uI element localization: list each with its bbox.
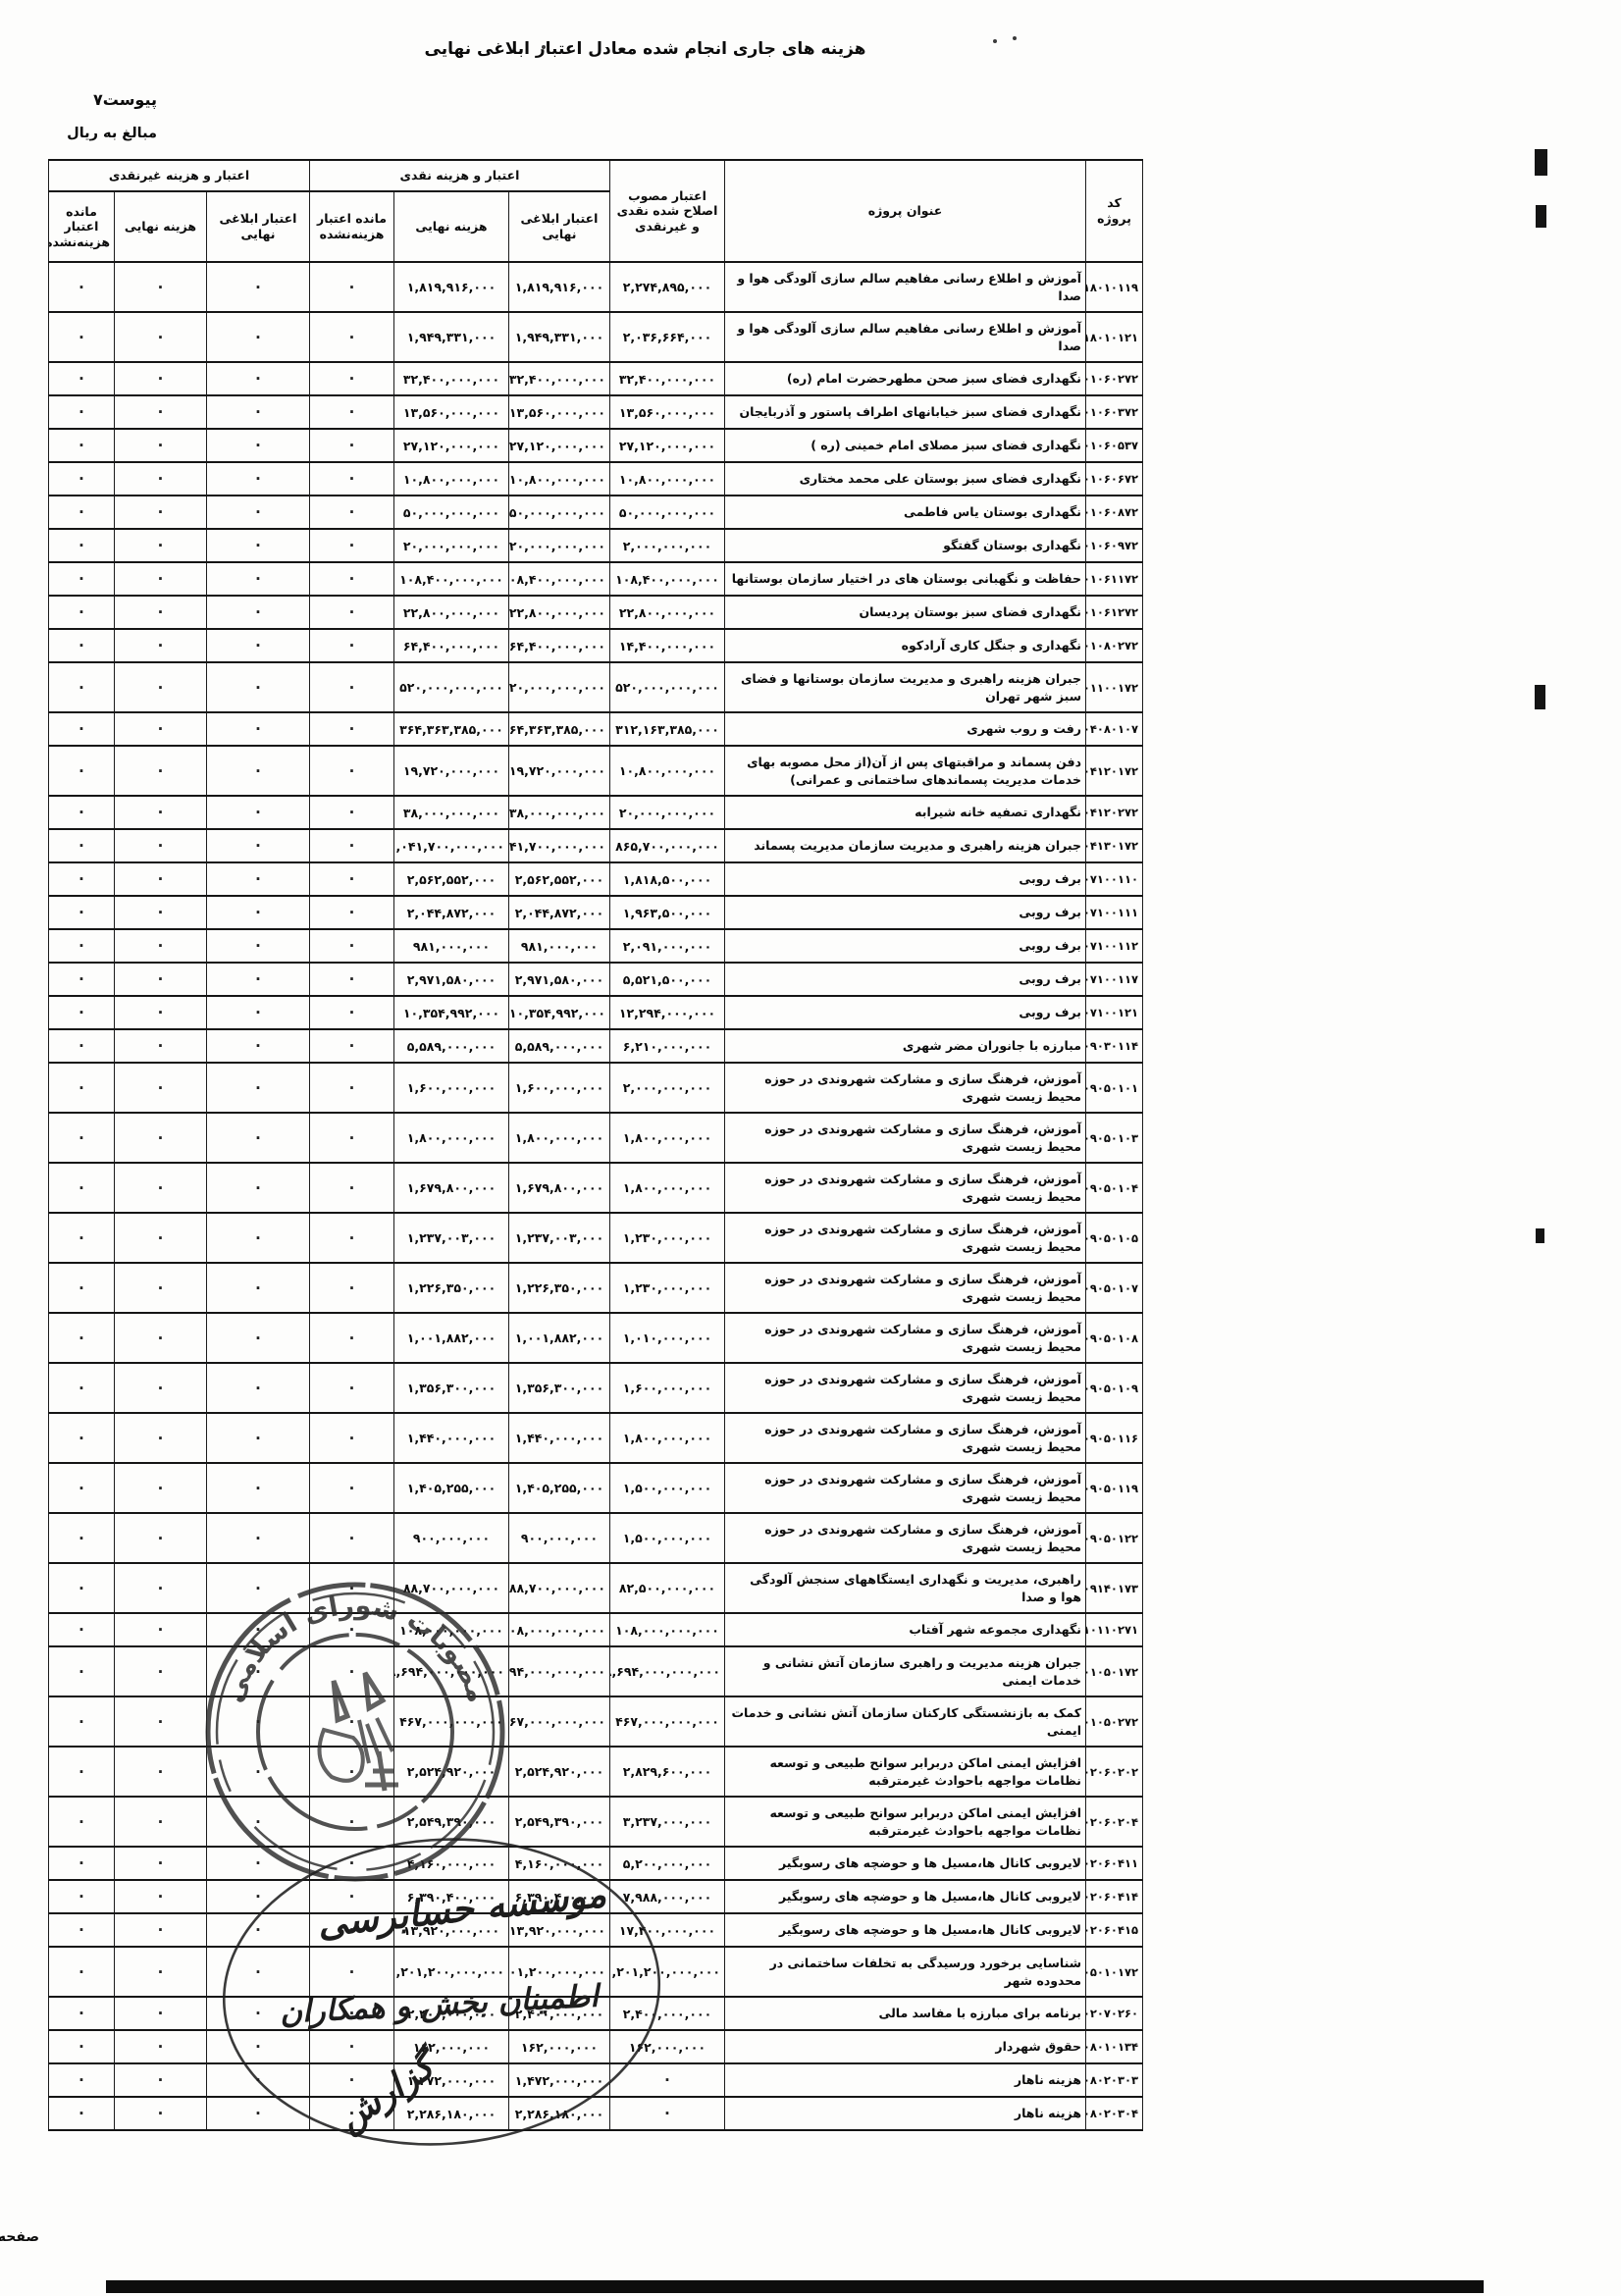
cell-title: آموزش، فرهنگ سازی و مشارکت شهروندی در حو… [725, 1513, 1086, 1563]
amount-value: ۵۲۰,۰۰۰,۰۰۰,۰۰۰ [399, 680, 503, 695]
cell-title: حفاظت و نگهبانی بوستان های در اختیار ساز… [725, 562, 1086, 596]
cell-title: هزینه ناهار [725, 2063, 1086, 2097]
amount-value: ۸,۶۹۴,۰۰۰,۰۰۰,۰۰۰ [509, 1664, 606, 1679]
table-row: ۴۰۲۰۶۰۲۰۲افزایش ایمنی اماکن دربرابر سوان… [49, 1747, 1143, 1797]
amount-value: ۱,۴۰۵,۲۵۵,۰۰۰ [515, 1481, 604, 1495]
cell-noncash_expense: · [115, 1646, 207, 1696]
amount-value: ۱,۸۱۸,۵۰۰,۰۰۰ [623, 872, 712, 887]
cell-cash_balance: · [310, 262, 394, 312]
cell-noncash_expense: · [115, 429, 207, 462]
cell-cash_allocated: ۱,۶۰۰,۰۰۰,۰۰۰ [509, 1063, 610, 1113]
cell-approved: ۱۳,۵۶۰,۰۰۰,۰۰۰ [610, 395, 725, 429]
table-row: ۳۰۹۰۵۰۱۰۴آموزش، فرهنگ سازی و مشارکت شهرو… [49, 1163, 1143, 1213]
cell-cash_balance: · [310, 496, 394, 529]
cell-code: ۶۰۸۰۱۰۱۳۴ [1086, 2030, 1143, 2063]
cell-noncash_balance: · [49, 462, 115, 496]
table-row: ۳۱۰۱۱۰۲۷۱نگهداری مجموعه شهر آفتاب۱۰۸,۰۰۰… [49, 1613, 1143, 1646]
cell-cash_balance: · [310, 1646, 394, 1696]
cell-cash_balance: · [310, 395, 394, 429]
cell-noncash_allocated: · [207, 1997, 310, 2030]
cell-cash_balance: · [310, 963, 394, 996]
amount-value: ۱۰۸,۴۰۰,۰۰۰,۰۰۰ [615, 572, 719, 587]
cell-cash_balance: · [310, 2097, 394, 2130]
currency-unit-note: مبالغ به ریال [67, 126, 157, 141]
amount-value: ۱۰۸,۰۰۰,۰۰۰,۰۰۰ [615, 1623, 719, 1638]
amount-value: ۲,۴۰۰,۰۰۰,۰۰۰ [515, 2007, 604, 2021]
table-row: ۴۰۱۰۵۰۱۷۲جبران هزینه مدیریت و راهبری ساز… [49, 1646, 1143, 1696]
amount-value: ۱,۴۷۲,۰۰۰,۰۰۰ [515, 2073, 604, 2088]
amount-value: ۱۰,۸۰۰,۰۰۰,۰۰۰ [403, 472, 499, 487]
cell-approved: ۵۰,۰۰۰,۰۰۰,۰۰۰ [610, 496, 725, 529]
scan-edge-mark [1536, 1228, 1544, 1243]
cell-cash_expense: ۶,۳۹۰,۴۰۰,۰۰۰ [394, 1880, 509, 1913]
amount-value: ۶,۲۱۰,۰۰۰,۰۰۰ [623, 1039, 712, 1054]
cell-noncash_expense: · [115, 596, 207, 629]
amount-value: ۹۰۰,۰۰۰,۰۰۰ [413, 1531, 490, 1545]
cell-cash_balance: · [310, 462, 394, 496]
cell-noncash_allocated: · [207, 1947, 310, 1997]
cell-code: ۳۰۹۰۵۰۱۱۶ [1086, 1413, 1143, 1463]
amount-value: ۲,۵۲۴,۹۲۰,۰۰۰ [515, 1764, 604, 1779]
cell-cash_expense: ۱,۲۲۶,۳۵۰,۰۰۰ [394, 1263, 509, 1313]
cell-approved: ۱,۰۱۰,۰۰۰,۰۰۰ [610, 1313, 725, 1363]
table-row: ۶۰۸۰۱۰۱۳۴حقوق شهردار۱۶۲,۰۰۰,۰۰۰۱۶۲,۰۰۰,۰… [49, 2030, 1143, 2063]
cell-cash_expense: ۱۰,۳۵۴,۹۹۲,۰۰۰ [394, 996, 509, 1029]
cell-cash_expense: ۱,۲۳۷,۰۰۳,۰۰۰ [394, 1213, 509, 1263]
cell-noncash_allocated: · [207, 1113, 310, 1163]
cell-noncash_expense: · [115, 2063, 207, 2097]
cell-cash_expense: ۱,۰۴۱,۷۰۰,۰۰۰,۰۰۰ [394, 829, 509, 862]
cell-noncash_allocated: · [207, 1413, 310, 1463]
amount-value: ۳۸,۰۰۰,۰۰۰,۰۰۰ [509, 806, 605, 820]
cell-title: نگهداری فضای سبز بوستان پردیسان [725, 596, 1086, 629]
cell-cash_expense: ۸۸,۷۰۰,۰۰۰,۰۰۰ [394, 1563, 509, 1613]
cell-cash_balance: · [310, 896, 394, 929]
table-row: ۳۰۹۰۵۰۱۰۹آموزش، فرهنگ سازی و مشارکت شهرو… [49, 1363, 1143, 1413]
cell-code: ۳۰۴۱۳۰۱۷۲ [1086, 829, 1143, 862]
cell-cash_balance: · [310, 1413, 394, 1463]
cell-code: ۳۰۱۰۶۰۸۷۲ [1086, 496, 1143, 529]
table-row: ۳۰۹۰۵۰۱۰۸آموزش، فرهنگ سازی و مشارکت شهرو… [49, 1313, 1143, 1363]
cell-cash_expense: ۱۳,۹۲۰,۰۰۰,۰۰۰ [394, 1913, 509, 1947]
cell-noncash_allocated: · [207, 1747, 310, 1797]
cell-noncash_expense: · [115, 796, 207, 829]
cell-cash_balance: · [310, 1747, 394, 1797]
cell-cash_allocated: ۵۰,۰۰۰,۰۰۰,۰۰۰ [509, 496, 610, 529]
cell-title: آموزش و اطلاع رسانی مفاهیم سالم سازی آلو… [725, 312, 1086, 362]
cell-approved: · [610, 2063, 725, 2097]
table-row: ۴۰۲۰۶۰۴۱۴لایروبی کانال ها،مسیل ها و حوضچ… [49, 1880, 1143, 1913]
amount-value: ۱,۲۳۰,۰۰۰,۰۰۰ [623, 1280, 712, 1295]
cell-noncash_balance: · [49, 1063, 115, 1113]
cell-code: ۳۰۱۰۶۰۶۷۲ [1086, 462, 1143, 496]
cell-noncash_expense: · [115, 1513, 207, 1563]
cell-noncash_expense: · [115, 1997, 207, 2030]
cell-cash_allocated: ۱,۹۴۹,۳۳۱,۰۰۰ [509, 312, 610, 362]
group-header-cash: اعتبار و هزینه نقدی [310, 160, 610, 191]
amount-value: ۲۰,۰۰۰,۰۰۰,۰۰۰ [509, 539, 605, 553]
cell-noncash_expense: · [115, 862, 207, 896]
amount-value: ۵,۵۸۹,۰۰۰,۰۰۰ [515, 1039, 604, 1054]
table-row: ۳۰۹۰۳۰۱۱۴مبارزه با جانوران مضر شهری۶,۲۱۰… [49, 1029, 1143, 1063]
cell-cash_balance: · [310, 996, 394, 1029]
amount-value: ۱,۰۱۰,۰۰۰,۰۰۰ [623, 1331, 712, 1345]
cell-noncash_expense: · [115, 1913, 207, 1947]
cell-code: ۳۰۱۰۶۰۵۳۷ [1086, 429, 1143, 462]
cell-cash_expense: ۱,۸۱۹,۹۱۶,۰۰۰ [394, 262, 509, 312]
cell-noncash_balance: · [49, 1113, 115, 1163]
cell-cash_allocated: ۲,۲۸۶,۱۸۰,۰۰۰ [509, 2097, 610, 2130]
amount-value: ۱۰۸,۰۰۰,۰۰۰,۰۰۰ [399, 1623, 503, 1638]
cell-approved: ۲,۰۹۱,۰۰۰,۰۰۰ [610, 929, 725, 963]
amount-value: ۲۷,۱۲۰,۰۰۰,۰۰۰ [509, 439, 605, 453]
cell-noncash_balance: · [49, 262, 115, 312]
cell-noncash_balance: · [49, 562, 115, 596]
cell-noncash_expense: · [115, 1847, 207, 1880]
cell-noncash_balance: · [49, 829, 115, 862]
cell-cash_balance: · [310, 596, 394, 629]
cell-approved: ۱,۸۰۰,۰۰۰,۰۰۰ [610, 1163, 725, 1213]
cell-noncash_allocated: · [207, 1880, 310, 1913]
cell-noncash_balance: · [49, 796, 115, 829]
table-row: ۳۰۷۱۰۰۱۱۷برف روبی۵,۵۲۱,۵۰۰,۰۰۰۲,۹۷۱,۵۸۰,… [49, 963, 1143, 996]
cell-code: ۴۰۱۰۵۰۱۷۲ [1086, 1646, 1143, 1696]
cell-approved: · [610, 2097, 725, 2130]
amount-value: ۸۶۵,۷۰۰,۰۰۰,۰۰۰ [615, 839, 719, 854]
cell-noncash_allocated: · [207, 1913, 310, 1947]
cell-noncash_expense: · [115, 395, 207, 429]
attachment-label: پیوست۷ [93, 90, 157, 109]
cell-cash_allocated: ۱۰,۸۰۰,۰۰۰,۰۰۰ [509, 462, 610, 496]
cell-noncash_balance: · [49, 1413, 115, 1463]
cell-cash_allocated: ۲,۹۷۱,۵۸۰,۰۰۰ [509, 963, 610, 996]
amount-value: ۱,۴۷۲,۰۰۰,۰۰۰ [407, 2073, 497, 2088]
cell-title: لایروبی کانال ها،مسیل ها و حوضچه های رسو… [725, 1847, 1086, 1880]
cell-noncash_expense: · [115, 1029, 207, 1063]
amount-value: ۲,۰۰۰,۰۰۰,۰۰۰ [623, 1080, 712, 1095]
cell-approved: ۱۲,۲۹۴,۰۰۰,۰۰۰ [610, 996, 725, 1029]
cell-noncash_expense: · [115, 1113, 207, 1163]
amount-value: ۴,۱۶۰,۰۰۰,۰۰۰ [515, 1856, 604, 1871]
amount-value: ۱۳,۵۶۰,۰۰۰,۰۰۰ [619, 405, 715, 420]
amount-value: ۱,۲۳۷,۰۰۳,۰۰۰ [515, 1230, 604, 1245]
table-row: ۳۰۴۱۲۰۲۷۲نگهداری تصفیه خانه شیرابه۲۰,۰۰۰… [49, 796, 1143, 829]
amount-value: ۵۲۰,۰۰۰,۰۰۰,۰۰۰ [509, 680, 606, 695]
amount-value: ۲۰,۰۰۰,۰۰۰,۰۰۰ [619, 806, 715, 820]
cell-cash_balance: · [310, 2030, 394, 2063]
cell-approved: ۱۶۲,۰۰۰,۰۰۰ [610, 2030, 725, 2063]
amount-value: ۱۳,۹۲۰,۰۰۰,۰۰۰ [403, 1923, 499, 1938]
table-row: ۳۰۹۰۵۰۱۱۹آموزش، فرهنگ سازی و مشارکت شهرو… [49, 1463, 1143, 1513]
cell-cash_balance: · [310, 746, 394, 796]
amount-value: ۵۰,۰۰۰,۰۰۰,۰۰۰ [403, 505, 499, 520]
col-header-noncash-allocated-final: اعتبار ابلاغی نهایی [207, 191, 310, 262]
cell-noncash_balance: · [49, 712, 115, 746]
scanned-budget-report-page: هزینه های جاری انجام شده معادل اعتبار اب… [0, 0, 1621, 2296]
amount-value: ۱,۶۰۰,۰۰۰,۰۰۰ [515, 1080, 604, 1095]
amount-value: ۲۷,۱۲۰,۰۰۰,۰۰۰ [619, 439, 715, 453]
group-header-noncash: اعتبار و هزینه غیرنقدی [49, 160, 310, 191]
table-row: ۵۰۵۰۱۰۱۷۲شناسایی برخورد ورسیدگی به تخلفا… [49, 1947, 1143, 1997]
scan-speck [993, 39, 997, 43]
cell-noncash_balance: · [49, 1513, 115, 1563]
amount-value: ۱۶۲,۰۰۰,۰۰۰ [521, 2040, 598, 2055]
cell-noncash_expense: · [115, 1696, 207, 1747]
table-row: ۶۰۸۰۲۰۳۰۳هزینه ناهار·۱,۴۷۲,۰۰۰,۰۰۰۱,۴۷۲,… [49, 2063, 1143, 2097]
table-row: ۳۰۹۱۴۰۱۷۳راهبری، مدیریت و نگهداری ایستگا… [49, 1563, 1143, 1613]
amount-value: ۵,۵۸۹,۰۰۰,۰۰۰ [407, 1039, 497, 1054]
table-row: ۳۰۱۰۸۰۲۷۲نگهداری و جنگل کاری آرادکوه۱۴,۴… [49, 629, 1143, 662]
cell-noncash_expense: · [115, 362, 207, 395]
amount-value: ۳,۲۳۷,۰۰۰,۰۰۰ [623, 1814, 712, 1829]
cell-noncash_allocated: · [207, 1163, 310, 1213]
cell-code: ۳۰۴۱۲۰۱۷۲ [1086, 746, 1143, 796]
cell-noncash_allocated: · [207, 2030, 310, 2063]
cell-cash_expense: ۱,۴۴۰,۰۰۰,۰۰۰ [394, 1413, 509, 1463]
cell-approved: ۸۲,۵۰۰,۰۰۰,۰۰۰ [610, 1563, 725, 1613]
amount-value: ۱,۵۰۰,۰۰۰,۰۰۰ [623, 1481, 712, 1495]
table-row: ۳۰۴۱۳۰۱۷۲جبران هزینه راهبری و مدیریت ساز… [49, 829, 1143, 862]
amount-value: ۱۹,۷۲۰,۰۰۰,۰۰۰ [403, 763, 499, 778]
scan-edge-mark [1535, 149, 1547, 176]
amount-value: ۹۰۰,۰۰۰,۰۰۰ [521, 1531, 598, 1545]
cell-code: ۴۰۲۰۶۰۲۰۴ [1086, 1797, 1143, 1847]
cell-noncash_allocated: · [207, 1029, 310, 1063]
cell-noncash_allocated: · [207, 662, 310, 712]
cell-approved: ۷,۹۸۸,۰۰۰,۰۰۰ [610, 1880, 725, 1913]
cell-noncash_allocated: · [207, 1363, 310, 1413]
cell-code: ۳۰۷۱۰۰۱۱۰ [1086, 862, 1143, 896]
cell-cash_expense: ۱۶۲,۰۰۰,۰۰۰ [394, 2030, 509, 2063]
cell-approved: ۲۰,۰۰۰,۰۰۰,۰۰۰ [610, 796, 725, 829]
cell-noncash_balance: · [49, 896, 115, 929]
cell-noncash_expense: · [115, 2030, 207, 2063]
cell-cash_expense: ۲,۹۷۱,۵۸۰,۰۰۰ [394, 963, 509, 996]
cell-approved: ۱۰۸,۰۰۰,۰۰۰,۰۰۰ [610, 1613, 725, 1646]
amount-value: ۱,۳۵۶,۳۰۰,۰۰۰ [407, 1381, 497, 1395]
cell-noncash_expense: · [115, 1947, 207, 1997]
cell-noncash_expense: · [115, 629, 207, 662]
cell-code: ۳۰۷۱۰۰۱۲۱ [1086, 996, 1143, 1029]
amount-value: ۱۰,۸۰۰,۰۰۰,۰۰۰ [619, 472, 715, 487]
cell-code: ۳۰۹۰۵۰۱۱۹ [1086, 1463, 1143, 1513]
cell-cash_allocated: ۴۶۷,۰۰۰,۰۰۰,۰۰۰ [509, 1696, 610, 1747]
cell-noncash_allocated: · [207, 796, 310, 829]
cell-title: نگهداری و جنگل کاری آرادکوه [725, 629, 1086, 662]
amount-value: ۶۴,۴۰۰,۰۰۰,۰۰۰ [403, 639, 499, 653]
amount-value: ۱,۸۰۰,۰۰۰,۰۰۰ [407, 1130, 497, 1145]
cell-noncash_allocated: · [207, 1263, 310, 1313]
amount-value: ۲,۰۴۴,۸۷۲,۰۰۰ [515, 906, 604, 920]
cell-title: راهبری، مدیریت و نگهداری ایستگاههای سنجش… [725, 1563, 1086, 1613]
cell-code: ۳۰۹۰۵۰۱۰۵ [1086, 1213, 1143, 1263]
cell-title: جبران هزینه راهبری و مدیریت سازمان بوستا… [725, 662, 1086, 712]
cell-noncash_balance: · [49, 2030, 115, 2063]
amount-value: ۱,۹۴۹,۳۳۱,۰۰۰ [515, 330, 604, 344]
cell-title: افزایش ایمنی اماکن دربرابر سوانح طبیعی و… [725, 1747, 1086, 1797]
table-row: ۳۰۹۰۵۰۱۲۲آموزش، فرهنگ سازی و مشارکت شهرو… [49, 1513, 1143, 1563]
table-row: ۳۰۹۰۵۰۱۰۱آموزش، فرهنگ سازی و مشارکت شهرو… [49, 1063, 1143, 1113]
cell-code: ۳۰۱۰۸۰۲۷۲ [1086, 629, 1143, 662]
cell-cash_balance: · [310, 712, 394, 746]
amount-value: ۱,۰۰۱,۸۸۲,۰۰۰ [515, 1331, 604, 1345]
cell-cash_expense: ۹۰۰,۰۰۰,۰۰۰ [394, 1513, 509, 1563]
table-row: ۳۰۹۰۵۰۱۰۳آموزش، فرهنگ سازی و مشارکت شهرو… [49, 1113, 1143, 1163]
amount-value: ۱۰۸,۰۰۰,۰۰۰,۰۰۰ [509, 1623, 606, 1638]
cell-code: ۲۱۸۰۱۰۱۱۹ [1086, 262, 1143, 312]
cell-noncash_allocated: · [207, 395, 310, 429]
cell-noncash_expense: · [115, 1363, 207, 1413]
cell-title: افزایش ایمنی اماکن دربرابر سوانح طبیعی و… [725, 1797, 1086, 1847]
table-row: ۲۱۸۰۱۰۱۲۱آموزش و اطلاع رسانی مفاهیم سالم… [49, 312, 1143, 362]
cell-cash_expense: ۲,۰۴۴,۸۷۲,۰۰۰ [394, 896, 509, 929]
cell-cash_allocated: ۱۰۸,۰۰۰,۰۰۰,۰۰۰ [509, 1613, 610, 1646]
cell-title: برف روبی [725, 996, 1086, 1029]
cell-noncash_balance: · [49, 1880, 115, 1913]
table-row: ۶۰۲۰۷۰۲۶۰برنامه برای مبارزه با مفاسد مال… [49, 1997, 1143, 2030]
table-row: ۳۰۴۰۸۰۱۰۷رفت و روب شهری۳۱۲,۱۶۳,۳۸۵,۰۰۰۳۶… [49, 712, 1143, 746]
cell-title: برنامه برای مبارزه با مفاسد مالی [725, 1997, 1086, 2030]
cell-cash_expense: ۲,۵۶۲,۵۵۲,۰۰۰ [394, 862, 509, 896]
cell-noncash_balance: · [49, 1313, 115, 1363]
cell-approved: ۱,۸۱۸,۵۰۰,۰۰۰ [610, 862, 725, 896]
cell-noncash_expense: · [115, 1797, 207, 1847]
cell-noncash_balance: · [49, 1213, 115, 1263]
amount-value: ۱,۲۳۷,۰۰۳,۰۰۰ [407, 1230, 497, 1245]
col-header-noncash-final-expense: هزینه نهایی [115, 191, 207, 262]
cell-noncash_expense: · [115, 963, 207, 996]
cell-cash_allocated: ۱,۴۷۲,۰۰۰,۰۰۰ [509, 2063, 610, 2097]
cell-noncash_allocated: · [207, 996, 310, 1029]
cell-noncash_expense: · [115, 1613, 207, 1646]
cell-cash_expense: ۳۸,۰۰۰,۰۰۰,۰۰۰ [394, 796, 509, 829]
cell-cash_balance: · [310, 1847, 394, 1880]
document-title: هزینه های جاری انجام شده معادل اعتبار اب… [49, 39, 1241, 59]
cell-code: ۳۰۹۰۵۰۱۰۷ [1086, 1263, 1143, 1313]
cell-cash_balance: · [310, 529, 394, 562]
cell-cash_allocated: ۸,۶۹۴,۰۰۰,۰۰۰,۰۰۰ [509, 1646, 610, 1696]
cell-noncash_balance: · [49, 1363, 115, 1413]
cell-title: آموزش، فرهنگ سازی و مشارکت شهروندی در حو… [725, 1413, 1086, 1463]
cell-title: آموزش و اطلاع رسانی مفاهیم سالم سازی آلو… [725, 262, 1086, 312]
cell-cash_balance: · [310, 1913, 394, 1947]
table-row: ۳۰۱۰۶۱۱۷۲حفاظت و نگهبانی بوستان های در ا… [49, 562, 1143, 596]
page-number-footer: صفحه ۱۱ از ۴۵ [0, 2229, 39, 2245]
cell-approved: ۱,۲۳۰,۰۰۰,۰۰۰ [610, 1263, 725, 1313]
cell-cash_balance: · [310, 562, 394, 596]
cell-noncash_allocated: · [207, 562, 310, 596]
amount-value: ۱,۶۷۹,۸۰۰,۰۰۰ [515, 1180, 604, 1195]
col-header-cash-unspent-balance: مانده اعتبار هزینه‌نشده [310, 191, 394, 262]
cell-cash_allocated: ۲,۴۰۰,۰۰۰,۰۰۰ [509, 1997, 610, 2030]
amount-value: ۱,۲۳۰,۰۰۰,۰۰۰ [623, 1230, 712, 1245]
amount-value: ۱,۲۰۱,۲۰۰,۰۰۰,۰۰۰ [509, 1964, 606, 1979]
cell-code: ۳۰۷۱۰۰۱۱۲ [1086, 929, 1143, 963]
cell-cash_allocated: ۱۳,۹۲۰,۰۰۰,۰۰۰ [509, 1913, 610, 1947]
cell-code: ۳۱۰۱۱۰۲۷۱ [1086, 1613, 1143, 1646]
cell-cash_balance: · [310, 862, 394, 896]
amount-value: ۸۲,۵۰۰,۰۰۰,۰۰۰ [619, 1581, 715, 1595]
cell-code: ۳۰۹۰۵۰۱۰۳ [1086, 1113, 1143, 1163]
cell-noncash_allocated: · [207, 629, 310, 662]
cell-cash_allocated: ۱,۴۴۰,۰۰۰,۰۰۰ [509, 1413, 610, 1463]
cell-noncash_balance: · [49, 1747, 115, 1797]
amount-value: ۴,۱۶۰,۰۰۰,۰۰۰ [407, 1856, 497, 1871]
cell-approved: ۱۷,۴۰۰,۰۰۰,۰۰۰ [610, 1913, 725, 1947]
cell-noncash_balance: · [49, 1163, 115, 1213]
cell-cash_expense: ۲۷,۱۲۰,۰۰۰,۰۰۰ [394, 429, 509, 462]
cell-cash_balance: · [310, 1880, 394, 1913]
amount-value: ۱۳,۵۶۰,۰۰۰,۰۰۰ [403, 405, 499, 420]
cell-cash_allocated: ۱۳,۵۶۰,۰۰۰,۰۰۰ [509, 395, 610, 429]
amount-value: ۴۶۷,۰۰۰,۰۰۰,۰۰۰ [509, 1714, 606, 1729]
cell-approved: ۱۴,۴۰۰,۰۰۰,۰۰۰ [610, 629, 725, 662]
cell-noncash_allocated: · [207, 712, 310, 746]
amount-value: ۱۰,۸۰۰,۰۰۰,۰۰۰ [509, 472, 605, 487]
cell-approved: ۱۰,۸۰۰,۰۰۰,۰۰۰ [610, 462, 725, 496]
cell-cash_balance: · [310, 1696, 394, 1747]
amount-value: ۱,۲۲۶,۳۵۰,۰۰۰ [515, 1280, 604, 1295]
cell-code: ۳۰۹۰۵۰۱۰۴ [1086, 1163, 1143, 1213]
cell-cash_balance: · [310, 1613, 394, 1646]
amount-value: ۸,۶۹۴,۰۰۰,۰۰۰,۰۰۰ [610, 1664, 721, 1679]
cell-noncash_expense: · [115, 1313, 207, 1363]
cell-approved: ۲,۴۰۰,۰۰۰,۰۰۰ [610, 1997, 725, 2030]
table-row: ۳۰۷۱۰۰۱۱۲برف روبی۲,۰۹۱,۰۰۰,۰۰۰۹۸۱,۰۰۰,۰۰… [49, 929, 1143, 963]
cell-noncash_allocated: · [207, 2097, 310, 2130]
budget-table: کد پروژه عنوان پروژه اعتبار مصوب اصلاح ش… [48, 159, 1143, 2131]
cell-cash_balance: · [310, 1997, 394, 2030]
cell-noncash_balance: · [49, 1696, 115, 1747]
table-row: ۳۰۱۰۶۰۲۷۲نگهداری فضای سبز صحن مطهرحضرت ا… [49, 362, 1143, 395]
cell-approved: ۱,۹۶۳,۵۰۰,۰۰۰ [610, 896, 725, 929]
cell-noncash_expense: · [115, 1880, 207, 1913]
cell-title: نگهداری فضای سبز خیابانهای اطراف پاستور … [725, 395, 1086, 429]
cell-title: شناسایی برخورد ورسیدگی به تخلفات ساختمان… [725, 1947, 1086, 1997]
amount-value: ۱۰۸,۴۰۰,۰۰۰,۰۰۰ [399, 572, 503, 587]
cell-cash_balance: · [310, 1563, 394, 1613]
amount-value: ۲۲,۸۰۰,۰۰۰,۰۰۰ [509, 605, 605, 620]
cell-noncash_allocated: · [207, 896, 310, 929]
cell-cash_allocated: ۵,۵۸۹,۰۰۰,۰۰۰ [509, 1029, 610, 1063]
amount-value: ۸۸,۷۰۰,۰۰۰,۰۰۰ [509, 1581, 605, 1595]
cell-title: آموزش، فرهنگ سازی و مشارکت شهروندی در حو… [725, 1363, 1086, 1413]
cell-cash_allocated: ۸۸,۷۰۰,۰۰۰,۰۰۰ [509, 1563, 610, 1613]
cell-cash_allocated: ۱,۲۰۱,۲۰۰,۰۰۰,۰۰۰ [509, 1947, 610, 1997]
cell-code: ۴۰۲۰۶۰۴۱۴ [1086, 1880, 1143, 1913]
cell-cash_expense: ۲,۵۴۹,۳۹۰,۰۰۰ [394, 1797, 509, 1847]
cell-title: آموزش، فرهنگ سازی و مشارکت شهروندی در حو… [725, 1313, 1086, 1363]
cell-noncash_allocated: · [207, 1213, 310, 1263]
amount-value: ۷,۹۸۸,۰۰۰,۰۰۰ [623, 1890, 712, 1905]
cell-cash_balance: · [310, 796, 394, 829]
cell-cash_balance: · [310, 1313, 394, 1363]
cell-cash_expense: ۱۰۸,۴۰۰,۰۰۰,۰۰۰ [394, 562, 509, 596]
cell-cash_expense: ۲,۵۲۴,۹۲۰,۰۰۰ [394, 1747, 509, 1797]
cell-title: آموزش، فرهنگ سازی و مشارکت شهروندی در حو… [725, 1063, 1086, 1113]
amount-value: ۱,۶۰۰,۰۰۰,۰۰۰ [623, 1381, 712, 1395]
cell-cash_expense: ۲,۴۰۰,۰۰۰,۰۰۰ [394, 1997, 509, 2030]
cell-cash_allocated: ۲۰,۰۰۰,۰۰۰,۰۰۰ [509, 529, 610, 562]
cell-cash_allocated: ۲,۵۴۹,۳۹۰,۰۰۰ [509, 1797, 610, 1847]
cell-approved: ۸,۶۹۴,۰۰۰,۰۰۰,۰۰۰ [610, 1646, 725, 1696]
cell-noncash_allocated: · [207, 362, 310, 395]
cell-noncash_expense: · [115, 662, 207, 712]
cell-cash_expense: ۱۳,۵۶۰,۰۰۰,۰۰۰ [394, 395, 509, 429]
cell-noncash_expense: · [115, 996, 207, 1029]
cell-cash_expense: ۱,۹۴۹,۳۳۱,۰۰۰ [394, 312, 509, 362]
cell-cash_expense: ۵۲۰,۰۰۰,۰۰۰,۰۰۰ [394, 662, 509, 712]
